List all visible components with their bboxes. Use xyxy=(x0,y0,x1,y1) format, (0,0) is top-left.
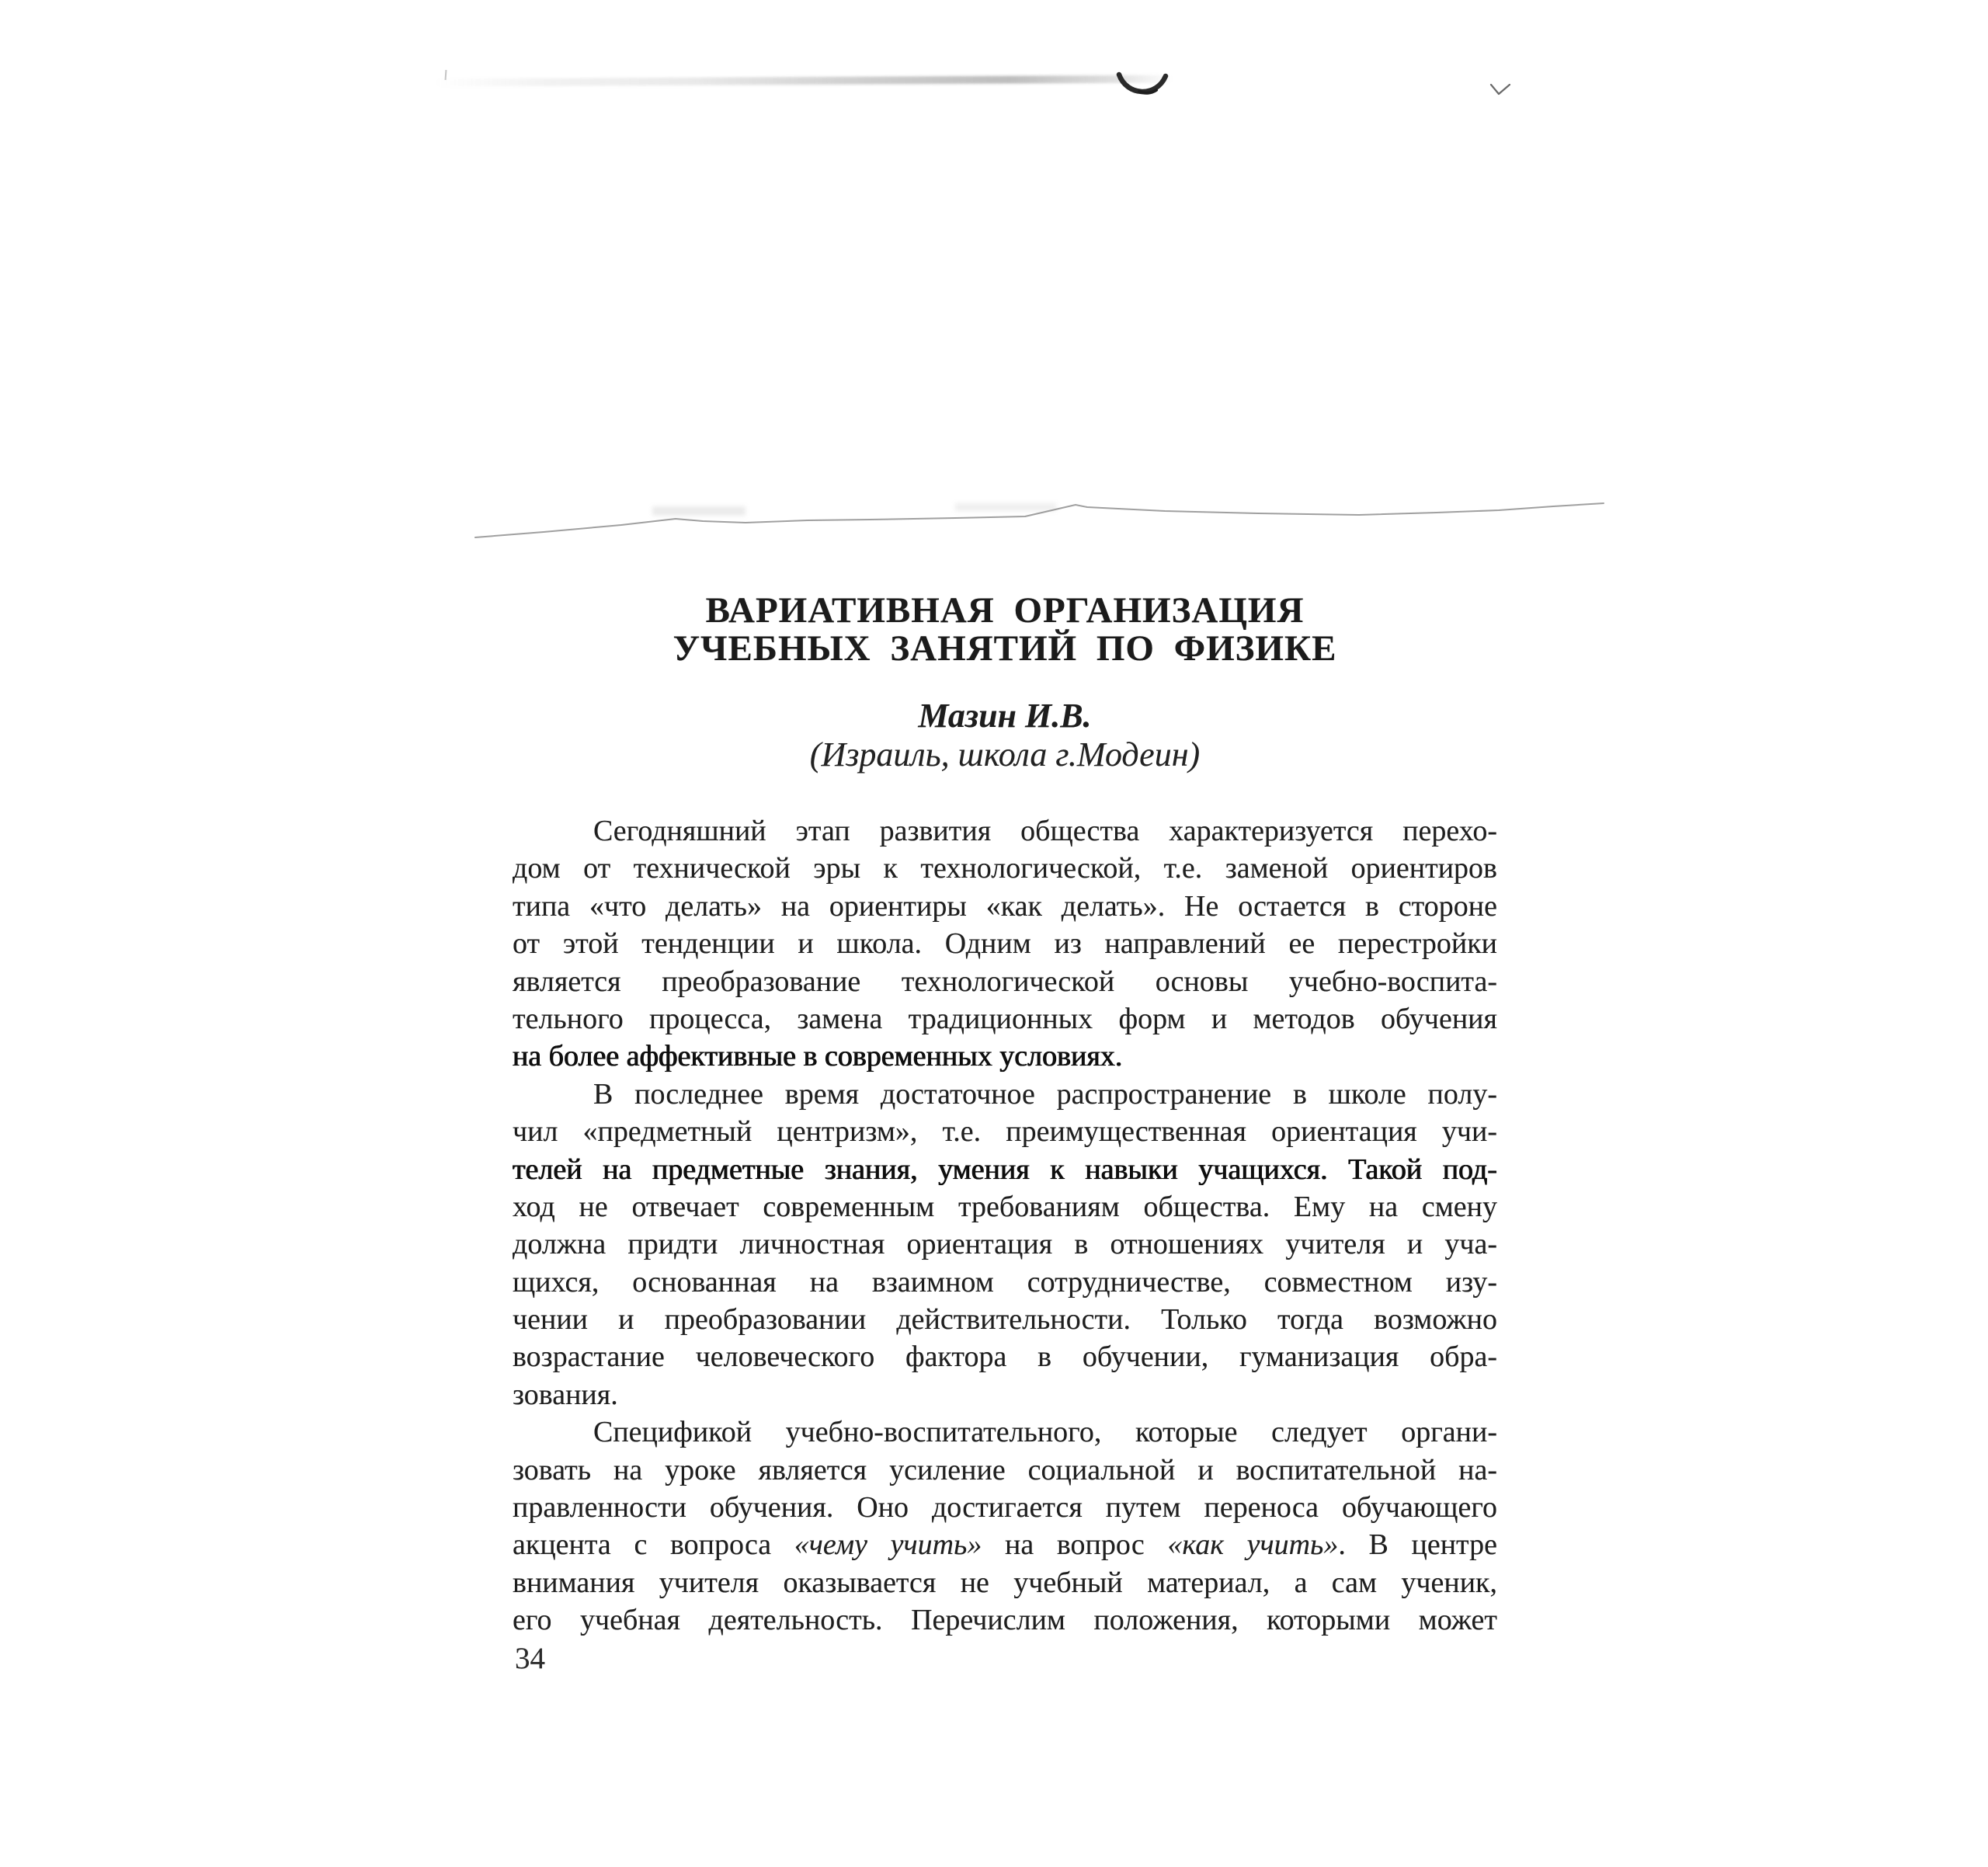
text-line: Спецификой учебно-воспитательного, котор… xyxy=(513,1413,1497,1451)
text-segment: зовать на уроке является усиление социал… xyxy=(513,1454,1497,1486)
text-line: чил «предметный центризм», т.е. преимуще… xyxy=(513,1113,1497,1150)
text-segment: зования. xyxy=(513,1379,618,1411)
text-segment: правленности обучения. Оно достигается п… xyxy=(513,1491,1497,1524)
scan-smudge-artifact xyxy=(435,75,1173,87)
text-line: дом от технической эры к технологической… xyxy=(513,850,1497,887)
italic-phrase: «как учить» xyxy=(1167,1528,1338,1561)
page-number: 34 xyxy=(515,1642,545,1676)
text-segment: возрастание человеческого фактора в обуч… xyxy=(513,1340,1497,1373)
text-segment: является преобразование технологической … xyxy=(513,965,1497,998)
text-line: акцента с вопроса «чему учить» на вопрос… xyxy=(513,1526,1497,1563)
text-segment: В последнее время достаточное распростра… xyxy=(593,1078,1497,1111)
text-line: его учебная деятельность. Перечислим пол… xyxy=(513,1601,1497,1639)
scan-fuzz-artifact xyxy=(652,506,745,516)
text-line: является преобразование технологической … xyxy=(513,963,1497,1000)
text-segment: чении и преобразовании действительности.… xyxy=(513,1303,1497,1336)
article-author: Мазин И.В. xyxy=(513,697,1497,735)
text-segment: типа «что делать» на ориентиры «как дела… xyxy=(513,890,1497,923)
text-line: возрастание человеческого фактора в обуч… xyxy=(513,1338,1497,1375)
text-segment: дом от технической эры к технологической… xyxy=(513,852,1497,885)
text-line: тельного процесса, замена традиционных ф… xyxy=(513,1000,1497,1038)
text-line: типа «что делать» на ориентиры «как дела… xyxy=(513,888,1497,925)
text-segment: на вопрос xyxy=(982,1528,1167,1561)
text-segment: должна придти личностная ориентация в от… xyxy=(513,1228,1497,1260)
article-body: Сегодняшний этап развития общества харак… xyxy=(513,812,1497,1639)
text-segment: ход не отвечает современным требованиям … xyxy=(513,1191,1497,1223)
scan-crescent-artifact xyxy=(1116,70,1172,103)
text-segment: его учебная деятельность. Перечислим пол… xyxy=(513,1604,1497,1636)
text-line: зования. xyxy=(513,1376,1497,1413)
text-segment: от этой тенденции и школа. Одним из напр… xyxy=(513,927,1497,960)
italic-phrase: «чему учить» xyxy=(794,1528,982,1561)
text-line: Сегодняшний этап развития общества харак… xyxy=(513,812,1497,850)
scan-fuzz-artifact xyxy=(955,503,1056,511)
text-line: на более аффективные в современных услов… xyxy=(513,1038,1497,1075)
text-line: правленности обучения. Оно достигается п… xyxy=(513,1489,1497,1526)
text-line: чении и преобразовании действительности.… xyxy=(513,1301,1497,1338)
text-segment: на более аффективные в современных услов… xyxy=(513,1040,1122,1073)
article-title-line-2: УЧЕБНЫХ ЗАНЯТИЙ ПО ФИЗИКЕ xyxy=(513,630,1497,668)
scan-checkmark-artifact xyxy=(1489,82,1513,99)
text-segment: . В центре xyxy=(1338,1528,1497,1561)
text-segment: внимания учителя оказывается не учебный … xyxy=(513,1566,1497,1599)
text-segment: Сегодняшний этап развития общества харак… xyxy=(593,815,1497,847)
text-line: должна придти личностная ориентация в от… xyxy=(513,1226,1497,1263)
article-title-line-1: ВАРИАТИВНАЯ ОРГАНИЗАЦИЯ xyxy=(513,592,1497,630)
text-segment: Спецификой учебно-воспитательного, котор… xyxy=(593,1416,1497,1448)
text-segment: тельного процесса, замена традиционных ф… xyxy=(513,1003,1497,1035)
text-line: телей на предметные знания, умения к нав… xyxy=(513,1151,1497,1188)
article-affiliation: (Израиль, школа г.Модеин) xyxy=(513,736,1497,774)
article-title: ВАРИАТИВНАЯ ОРГАНИЗАЦИЯ УЧЕБНЫХ ЗАНЯТИЙ … xyxy=(513,592,1497,668)
text-segment: щихся, основанная на взаимном сотрудниче… xyxy=(513,1266,1497,1299)
text-segment: акцента с вопроса xyxy=(513,1528,794,1561)
text-segment: чил «предметный центризм», т.е. преимуще… xyxy=(513,1115,1497,1148)
text-line: внимания учителя оказывается не учебный … xyxy=(513,1564,1497,1601)
text-segment: телей на предметные знания, умения к нав… xyxy=(513,1153,1497,1186)
scanned-page: ВАРИАТИВНАЯ ОРГАНИЗАЦИЯ УЧЕБНЫХ ЗАНЯТИЙ … xyxy=(0,0,1988,1867)
text-line: В последнее время достаточное распростра… xyxy=(513,1076,1497,1113)
text-line: ход не отвечает современным требованиям … xyxy=(513,1188,1497,1226)
text-line: щихся, основанная на взаимном сотрудниче… xyxy=(513,1264,1497,1301)
text-line: зовать на уроке является усиление социал… xyxy=(513,1452,1497,1489)
text-line: от этой тенденции и школа. Одним из напр… xyxy=(513,925,1497,962)
